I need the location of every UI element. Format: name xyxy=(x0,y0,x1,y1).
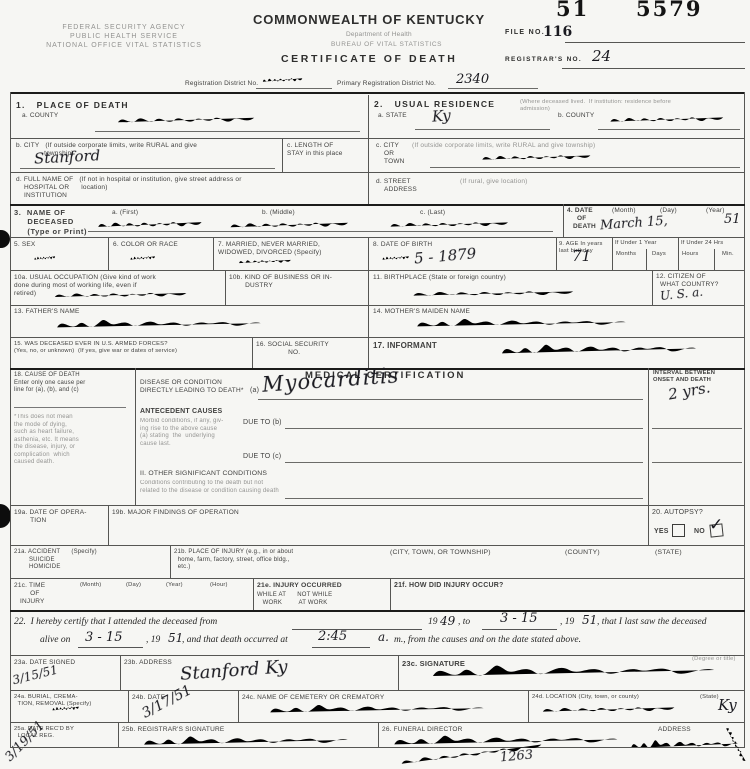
div-med-right xyxy=(648,368,649,505)
div-21e-21f xyxy=(390,578,391,610)
street-address-note: (If rural, give location) xyxy=(460,178,528,186)
primary-district-label: Primary Registration District No. xyxy=(337,80,436,88)
certify-year-printed-2: , 19 xyxy=(560,617,574,627)
handwritten-burial xyxy=(52,702,80,715)
file-no-value: 116 xyxy=(543,24,572,40)
div-sex-race xyxy=(108,237,109,270)
handwritten-registrar-signature xyxy=(142,732,352,751)
div-forces-ssn xyxy=(252,337,253,368)
certify-statement-3: , and that death occurred at xyxy=(182,635,288,645)
handwritten-death-time-ampm: a. xyxy=(378,630,389,644)
days-label: Days xyxy=(652,251,666,258)
handwritten-cemetery-name xyxy=(268,701,488,718)
antecedent-causes-label: ANTECEDENT CAUSES xyxy=(140,408,222,417)
row21a-bottom xyxy=(10,578,745,579)
div-med-left xyxy=(135,368,136,505)
div-months-days xyxy=(646,249,647,270)
handwritten-informant xyxy=(500,340,700,360)
length-of-stay-label: c. LENGTH OF STAY in this place xyxy=(287,142,343,158)
disease-condition-label: DISEASE OR CONDITION DIRECTLY LEADING TO… xyxy=(140,379,244,395)
certify-statement-2: , that I last saw the deceased xyxy=(597,617,707,627)
months-label: Months xyxy=(616,251,636,258)
county-of-death-label: a. COUNTY xyxy=(22,112,58,120)
ssn-label: 16. SOCIAL SECURITY NO. xyxy=(256,341,329,357)
handwritten-physician-signature xyxy=(430,660,720,684)
line-a-label: (a) xyxy=(250,387,259,396)
registrar-no-label: REGISTRAR'S NO. xyxy=(505,56,582,63)
residence-city-line xyxy=(430,167,740,168)
registration-district-line xyxy=(256,88,332,89)
handwritten-race xyxy=(130,252,156,264)
date-of-operation-label: 19a. DATE OF OPERA- TION xyxy=(14,509,87,525)
row2-bottom xyxy=(10,172,745,173)
handwritten-residence-city xyxy=(480,150,595,165)
handwritten-death-county xyxy=(115,112,260,128)
div-u1-u2 xyxy=(678,237,679,270)
interval-c-underline xyxy=(652,462,742,463)
cause-of-death-label: 18. CAUSE OF DEATH Enter only one cause … xyxy=(14,372,86,395)
injury-occurred-label: 21e. INJURY OCCURRED xyxy=(257,582,342,590)
handwritten-citizen: U. S. a. xyxy=(659,285,703,303)
handwritten-residence-state: Ky xyxy=(431,106,451,125)
div-father-mother xyxy=(368,305,369,337)
place-of-injury-label: 21b. PLACE OF INJURY (e.g., in or about … xyxy=(174,549,293,572)
certify-statement-1: 22. I hereby certify that I attended the… xyxy=(14,617,217,627)
border-right xyxy=(744,92,745,748)
cemetery-location-label: 24d. LOCATION (City, town, or county) xyxy=(532,694,639,701)
autopsy-yes-label: YES xyxy=(654,528,669,537)
certify-statement-4: m., from the causes and on the date stat… xyxy=(394,635,581,645)
name-of-deceased-label: 3. NAME OF DECEASED (Type or Print) xyxy=(14,208,87,236)
name-middle-label: b. (Middle) xyxy=(262,209,295,217)
residence-county-line xyxy=(598,129,740,130)
residence-city-label: c. CITY OR TOWN xyxy=(376,142,405,166)
handwritten-fathers-name xyxy=(55,316,265,333)
div-19a-19b xyxy=(108,505,109,545)
handwritten-dob-month xyxy=(382,252,410,264)
div-25b-26 xyxy=(378,722,379,748)
certify-alive-on: alive on xyxy=(40,635,70,645)
handwritten-funeral-address xyxy=(630,736,740,754)
cemetery-state-label: (State) xyxy=(700,694,719,701)
business-label: 10b. KIND OF BUSINESS OR IN- DUSTRY xyxy=(229,274,332,290)
div-24c-24d xyxy=(528,690,529,722)
handwritten-cemetery-state: Ky xyxy=(718,696,737,714)
bottom-stamp-number: 1263 xyxy=(499,748,533,766)
div-21c-21e xyxy=(253,578,254,610)
commonwealth-title: COMMONWEALTH OF KENTUCKY xyxy=(253,12,485,27)
handwritten-occupation xyxy=(52,288,192,302)
autopsy-label: 20. AUTOPSY? xyxy=(652,509,703,518)
registrar-no-line xyxy=(562,68,745,69)
handwritten-address-signed: Stanford Ky xyxy=(179,656,288,684)
div-19b-20 xyxy=(648,505,649,545)
injury-hour-label: (Hour) xyxy=(210,582,228,589)
other-underline xyxy=(285,498,643,499)
funeral-address-label: ADDRESS xyxy=(658,726,691,734)
handwritten-last-seen-date: 3 - 15 xyxy=(85,630,122,645)
div-race-marital xyxy=(213,237,214,270)
handwritten-burial-date: 3/17/51 xyxy=(139,682,194,721)
registrar-no-value: 24 xyxy=(592,47,611,65)
div-name-date xyxy=(563,204,564,237)
residence-city-note: (If outside corporate limits, write RURA… xyxy=(412,142,595,150)
row21c-bottom xyxy=(10,610,745,612)
handwritten-marital xyxy=(238,256,293,267)
residence-county-label: b. COUNTY xyxy=(558,112,594,120)
file-no-line xyxy=(565,42,745,43)
address-signed-label: 23b. ADDRESS xyxy=(124,659,172,667)
due-c-underline xyxy=(285,462,643,463)
residence-state-label: a. STATE xyxy=(378,112,407,120)
handwritten-attended-from-year: 49 xyxy=(440,614,455,628)
dod-month-label: (Month) xyxy=(612,207,636,215)
due-to-b-label: DUE TO (b) xyxy=(243,419,282,428)
certificate-of-death-title: CERTIFICATE OF DEATH xyxy=(281,53,457,65)
residence-state-line xyxy=(415,129,550,130)
injury-day-label: (Day) xyxy=(126,582,141,589)
med-left-sep xyxy=(14,407,126,408)
div-21a-21b xyxy=(170,545,171,578)
agency-imprint: FEDERAL SECURITY AGENCY PUBLIC HEALTH SE… xyxy=(34,24,214,50)
div-ssn-informant xyxy=(368,337,369,368)
registration-district-label: Registration District No. xyxy=(185,80,258,88)
div-hours-min xyxy=(714,249,715,270)
handwritten-residence-county xyxy=(608,112,728,127)
injury-county-label: (COUNTY) xyxy=(565,549,600,557)
med-bottom xyxy=(10,505,745,506)
death-certificate-scan: 51 5579 FEDERAL SECURITY AGENCY PUBLIC H… xyxy=(0,0,750,769)
color-race-label: 6. COLOR OR RACE xyxy=(113,241,178,249)
marital-status-label: 7. MARRIED, NEVER MARRIED, WIDOWED, DIVO… xyxy=(218,241,322,257)
handwritten-death-city: Stanford xyxy=(34,146,101,167)
handwritten-name-last xyxy=(388,217,513,232)
border-top xyxy=(10,92,745,94)
date-of-death-label: 4. DATE OF DEATH xyxy=(567,207,596,231)
injury-occurred-options: WHILE AT NOT WHILE WORK AT WORK xyxy=(257,592,332,607)
autopsy-no-label: NO xyxy=(694,528,705,537)
death-city-line xyxy=(20,168,275,169)
div-birthplace-citizen xyxy=(652,270,653,305)
autopsy-yes-checkbox xyxy=(672,524,685,537)
primary-district-line xyxy=(448,88,538,89)
handwritten-registration-district xyxy=(262,74,304,86)
div-23a-23b xyxy=(120,655,121,690)
due-b-underline xyxy=(285,428,643,429)
div-occ-bus xyxy=(225,270,226,305)
certify-year-printed-3: , 19 xyxy=(146,635,160,645)
row3-bottom xyxy=(10,204,745,206)
div-1-2 xyxy=(368,95,369,205)
interval-b-underline xyxy=(652,428,742,429)
death-county-line xyxy=(95,131,360,132)
cause-footnote: *This does not mean the mode of dying, s… xyxy=(14,414,79,467)
certify-to: , to xyxy=(458,617,470,627)
fathers-name-label: 13. FATHER'S NAME xyxy=(14,308,80,316)
armed-forces-label: 15. WAS DECEASED EVER IN U.S. ARMED FORC… xyxy=(14,341,177,355)
hours-label: Hours xyxy=(682,251,698,258)
how-injury-occurred-label: 21f. HOW DID INJURY OCCUR? xyxy=(394,582,503,591)
accident-suicide-homicide-label: 21a. ACCIDENT (Specify) SUICIDE HOMICIDE xyxy=(14,549,97,572)
div-marital-dob xyxy=(368,237,369,270)
dept-of-health: Department of Health xyxy=(346,31,412,39)
certify-blank-1 xyxy=(292,629,422,630)
certify-blank-3 xyxy=(78,647,143,648)
certificate-number-stamp-right: 5579 xyxy=(636,0,702,21)
autopsy-no-checkmark: ✓ xyxy=(709,515,723,535)
row7-bottom xyxy=(10,337,745,338)
under-1-year-label: If Under 1 Year xyxy=(615,240,657,247)
row6-bottom xyxy=(10,305,745,306)
hole-punch-top xyxy=(0,230,10,248)
handwritten-sex xyxy=(34,252,56,264)
sex-label: 5. SEX xyxy=(14,241,35,249)
other-conditions-note: Conditions contributing to the death but… xyxy=(140,480,279,495)
place-of-death-title: 1. PLACE OF DEATH xyxy=(16,100,129,110)
handwritten-cemetery-location xyxy=(540,702,680,717)
form-bottom xyxy=(10,747,745,748)
line-a-underline xyxy=(258,399,643,400)
dod-year-label: (Year) xyxy=(706,207,725,215)
certify-blank-4 xyxy=(312,647,370,648)
handwritten-birthplace xyxy=(410,286,580,301)
min-label: Min. xyxy=(722,251,734,258)
row5-bottom xyxy=(10,270,745,271)
div-24a-24b xyxy=(128,690,129,722)
injury-city-label: (CITY, TOWN, OR TOWNSHIP) xyxy=(390,549,491,557)
hospital-name-label: d. FULL NAME OF (If not in hospital or i… xyxy=(16,176,242,200)
handwritten-attended-to-date: 3 - 15 xyxy=(500,611,537,626)
name-last-label: c. (Last) xyxy=(420,209,445,217)
street-address-label: d. STREET ADDRESS xyxy=(376,178,417,194)
handwritten-date-of-death: March 15, xyxy=(600,214,669,234)
certify-blank-2 xyxy=(482,629,557,630)
file-no-label: FILE NO. xyxy=(505,29,545,36)
informant-label: 17. INFORMANT xyxy=(373,341,437,351)
div-24b-24c xyxy=(238,690,239,722)
time-of-injury-label: 21c. TIME OF INJURY xyxy=(14,582,45,606)
handwritten-age: 71 xyxy=(572,247,591,265)
injury-year-label: (Year) xyxy=(166,582,183,589)
div-dob-age xyxy=(556,237,557,270)
injury-state-label: (STATE) xyxy=(655,549,682,557)
due-to-c-label: DUE TO (c) xyxy=(243,453,281,462)
bureau-vital-statistics: BUREAU OF VITAL STATISTICS xyxy=(331,41,442,49)
handwritten-mothers-name xyxy=(415,315,630,332)
border-left xyxy=(10,92,11,748)
major-findings-label: 19b. MAJOR FINDINGS OF OPERATION xyxy=(112,509,239,517)
handwritten-attended-to-year: 51 xyxy=(582,613,597,627)
div-25a-25b xyxy=(118,722,119,748)
certify-year-printed-1: 19 xyxy=(428,617,438,627)
handwritten-death-time: 2:45 xyxy=(318,629,347,644)
row1-bottom xyxy=(10,138,745,139)
degree-or-title-label: (Degree or title) xyxy=(692,656,736,663)
row4-bottom xyxy=(10,237,745,238)
div-bus-birthplace xyxy=(368,270,369,305)
handwritten-last-seen-year: 51 xyxy=(168,631,183,645)
div-b-c xyxy=(282,138,283,172)
name-baseline xyxy=(88,231,553,232)
row23-bottom xyxy=(10,690,745,691)
other-conditions-label: II. OTHER SIGNIFICANT CONDITIONS xyxy=(140,470,267,478)
certificate-number-stamp-left: 51 xyxy=(556,0,589,21)
div-age-u1 xyxy=(612,237,613,270)
div-23b-23c xyxy=(398,655,399,690)
primary-district-value: 2340 xyxy=(456,72,489,87)
under-24-hrs-label: If Under 24 Hrs xyxy=(681,240,723,247)
row19-bottom xyxy=(10,545,745,546)
antecedent-note: Morbid conditions, if any, giv- ing rise… xyxy=(140,418,223,448)
birthplace-label: 11. BIRTHPLACE (State or foreign country… xyxy=(373,274,506,282)
injury-month-label: (Month) xyxy=(80,582,101,589)
handwritten-date-of-death-year: 51 xyxy=(724,212,741,227)
